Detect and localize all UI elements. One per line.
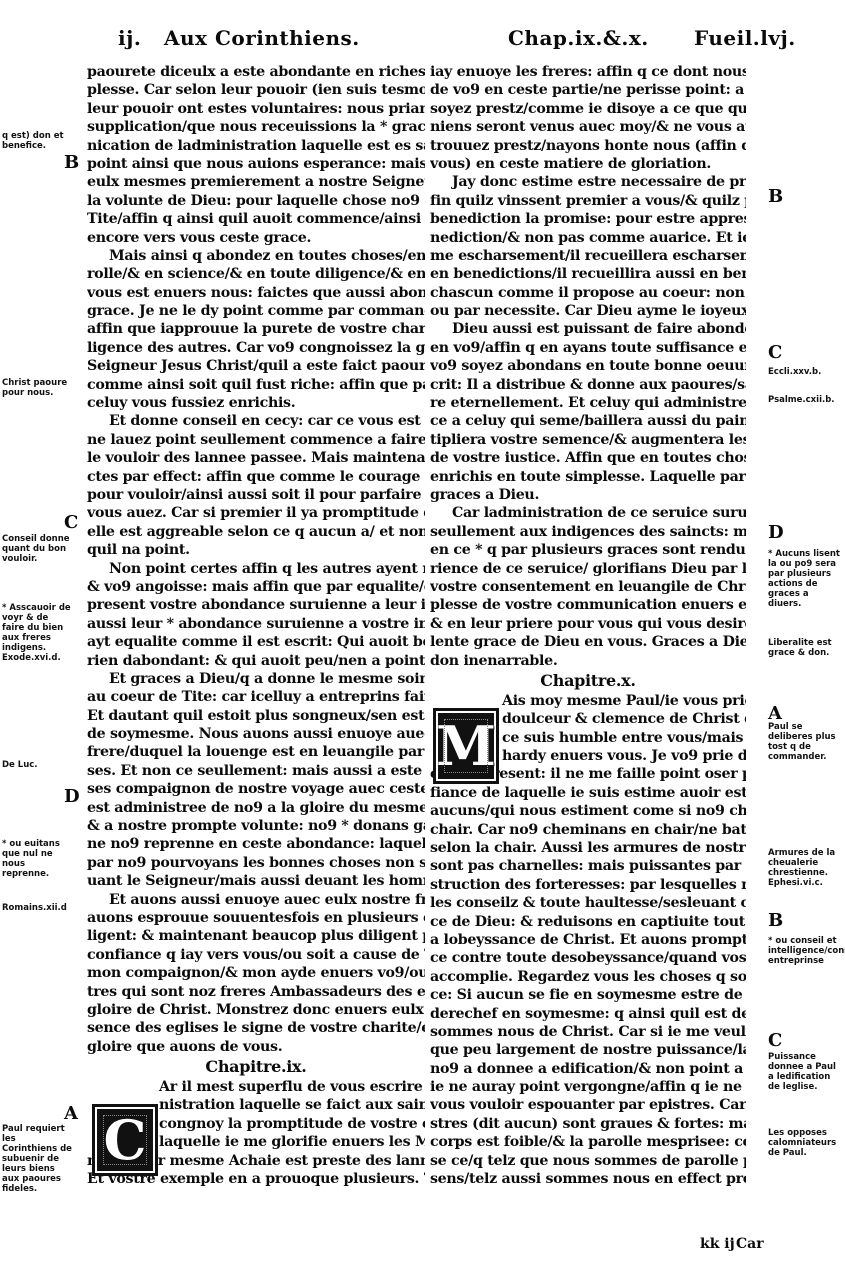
section-marker: A [64,1103,78,1124]
text-line: en vo9/affin q en ayans toute suffisance… [430,339,746,357]
margin-note: q est) don et benefice. [2,131,72,151]
margin-note: Romains.xii.d [2,903,72,913]
text-line: de soymesme. Nous auons aussi enuoye aue… [87,725,425,743]
text-line: au coeur de Tite: car icelluy a entrepri… [87,688,425,706]
text-line: me escharsement/il recueillera escharsem… [430,247,746,265]
section-marker: B [768,186,783,207]
text-line: frere/duquel la louenge est en leuangile… [87,743,425,761]
text-line: vostre consentement en leuangile de Chri… [430,578,746,596]
text-line: Tite/affin q ainsi quil auoit commence/a… [87,210,425,228]
signature-mark: ij. [118,26,141,50]
text-line: chascun comme il propose au coeur: non p… [430,284,746,302]
text-line: tres qui sont noz freres Ambassadeurs de… [87,983,425,1001]
running-head: ij. Aux Corinthiens. Chap.ix.&.x. Fueil.… [0,20,845,60]
text-line: aucuns/qui nous estiment come si no9 che… [430,802,746,820]
text-line: rien dabondant: & qui auoit peu/nen a po… [87,652,425,670]
chapter-heading: Chapitre.x. [430,670,746,692]
text-line: Seigneur Jesus Christ/quil a este faict … [87,357,425,375]
text-line: enrichis en toute simplesse. Laquelle pa… [430,468,746,486]
text-line: graces a Dieu. [430,486,746,504]
margin-note: * Aucuns lisent la ou po9 sera par plusi… [768,549,844,609]
text-line: supplication/que nous receuissions la * … [87,118,425,136]
initial-letter: M [436,714,496,778]
chapter-heading: Chapitre.ix. [87,1056,425,1078]
margin-note: Eccli.xxv.b. [768,367,844,377]
text-line: uant le Seigneur/mais aussi deuant les h… [87,872,425,890]
text-line: stres (dit aucun) sont graues & fortes: … [430,1115,746,1133]
text-line: elle est aggreable selon ce q aucun a/ e… [87,523,425,541]
text-line: quil na point. [87,541,425,559]
text-line: Non point certes affin q les autres ayen… [87,560,425,578]
section-marker: D [768,522,784,543]
text-line: se ce/q telz que nous sommes de parolle … [430,1152,746,1170]
initial-letter: C [104,1108,147,1172]
margin-note: De Luc. [2,760,72,770]
text-line: & a nostre prompte volunte: no9 * donans… [87,817,425,835]
text-line: en benedictions/il recueillira aussi en … [430,265,746,283]
section-marker: A [768,703,782,724]
section-marker: D [64,786,80,807]
text-line: ses compaignon de nostre voyage auec ces… [87,780,425,798]
text-line: de vostre iustice. Affin que en toutes c… [430,449,746,467]
text-line: ayt equalite comme il est escrit: Qui au… [87,633,425,651]
text-line: paourete diceulx a este abondante en ric… [87,63,425,81]
text-line: aussi leur * abondance suruienne a vostr… [87,615,425,633]
margin-note: Armures de la cheualerie chrestienne. Ep… [768,848,844,888]
text-line: nediction/& non pas comme auarice. Et ie… [430,229,746,247]
text-line: par no9 pourvoyans les bonnes choses non… [87,854,425,872]
text-line: niens seront venus auec moy/& ne vous au… [430,118,746,136]
text-line: benediction la promise: pour estre appre… [430,210,746,228]
decorated-initial-m-icon: M [433,708,499,784]
text-line: vous) en ceste matiere de gloriation. [430,155,746,173]
text-line: selon la chair. Aussi les armures de nos… [430,839,746,857]
text-line: ses. Et non ce seullement: mais aussi a … [87,762,425,780]
text-line: ce contre toute desobeyssance/quand vost… [430,949,746,967]
text-line: don inenarrable. [430,652,746,670]
text-line: eulx mesmes premierement a nostre Seigne… [87,173,425,191]
text-line: ne no9 reprenne en ceste abondance: laqu… [87,835,425,853]
margin-note: * ou euitans que nul ne nous reprenne. [2,839,72,879]
left-text-column: paourete diceulx a este abondante en ric… [87,63,425,1188]
margin-note: Paul requiert les Corinthiens de subueni… [2,1124,72,1194]
text-line: les conseilz & toute haultesse/sesleuant… [430,894,746,912]
text-line: iay enuoye les freres: affin q ce dont n… [430,63,746,81]
text-line: Mais ainsi q abondez en toutes choses/en… [87,247,425,265]
text-line: gloire de Christ. Monstrez donc enuers e… [87,1001,425,1019]
text-line: nication de ladministration laquelle est… [87,137,425,155]
text-line: sommes nous de Christ. Car si ie me veul… [430,1023,746,1041]
text-line: que peu largement de nostre puissance/la… [430,1041,746,1059]
text-line: encore vers vous ceste grace. [87,229,425,247]
text-line: no9 a donnee a edification/& non point a… [430,1060,746,1078]
text-line: ligent: & maintenant beaucop plus dilige… [87,927,425,945]
text-line: ligence des autres. Car vo9 congnoissez … [87,339,425,357]
margin-note: Christ paoure pour nous. [2,378,72,398]
text-line: comme ainsi soit quil fust riche: affin … [87,376,425,394]
margin-note: Liberalite est grace & don. [768,638,844,658]
text-line: grace. Je ne le dy point comme par comma… [87,302,425,320]
text-line: vo9 soyez abondans en toute bonne oeuure… [430,357,746,375]
text-line: & vo9 angoisse: mais affin que par equal… [87,578,425,596]
text-line: tipliera vostre semence/& augmentera les… [430,431,746,449]
text-line: & en leur priere pour vous qui vous desi… [430,615,746,633]
text-line: point ainsi que nous auions esperance: m… [87,155,425,173]
text-line: plesse. Car selon leur pouoir (ien suis … [87,81,425,99]
text-line: ctes par effect: affin que comme le cour… [87,468,425,486]
section-marker: B [768,910,783,931]
text-line: fiance de laquelle ie suis estime auoir … [430,784,746,802]
text-line: ne lauez point seullement commence a fai… [87,431,425,449]
text-line: a lobeyssance de Christ. Et auons prompt… [430,931,746,949]
text-line: chair. Car no9 cheminans en chair/ne bat… [430,821,746,839]
text-line: celuy vous fussiez enrichis. [87,394,425,412]
margin-note: Conseil donne quant du bon vouloir. [2,534,72,564]
text-line: plesse de vostre communication enuers eu… [430,596,746,614]
text-line: rolle/& en science/& en toute diligence/… [87,265,425,283]
catchword: Car [736,1236,764,1252]
text-line: est administree de no9 a la gloire du me… [87,799,425,817]
catchword-signature: kk ij [700,1236,735,1252]
text-line: auons esprouue souuentesfois en plusieur… [87,909,425,927]
text-line: ie ne auray point vergongne/affin q ie n… [430,1078,746,1096]
text-line: soyez prestz/comme ie disoye a ce que qu… [430,100,746,118]
text-line: sens/telz aussi sommes nous en effect pr… [430,1170,746,1188]
section-marker: C [64,512,78,533]
text-line: pour vouloir/ainsi aussi soit il pour pa… [87,486,425,504]
text-line: seullement aux indigences des saincts: m… [430,523,746,541]
book-title: Aux Corinthiens. [164,26,360,50]
text-line: vous est enuers nous: faictes que aussi … [87,284,425,302]
text-line: sence des eglises le signe de vostre cha… [87,1019,425,1037]
text-line: crit: Il a distribue & donne aux paoures… [430,376,746,394]
text-line: le vouloir des lannee passee. Mais maint… [87,449,425,467]
text-line: ce a celuy qui seme/baillera aussi du pa… [430,412,746,430]
margin-note: * Asscauoir de voyr & de faire du bien a… [2,603,72,663]
text-line: Et donne conseil en cecy: car ce vous es… [87,412,425,430]
text-line: fin quilz vinssent premier a vous/& quil… [430,192,746,210]
margin-note: Puissance donnee a Paul a ledification d… [768,1052,844,1092]
chapter-reference: Chap.ix.&.x. [508,26,649,50]
margin-note: * ou conseil et intelligence/conseil, en… [768,936,844,966]
margin-note: Psalme.cxii.b. [768,395,844,405]
scanned-page: ij. Aux Corinthiens. Chap.ix.&.x. Fueil.… [0,0,845,1271]
text-line: ce: Si aucun se fie en soymesme estre de… [430,986,746,1004]
text-line: accomplie. Regardez vous les choses q so… [430,968,746,986]
text-line: de vo9 en ceste partie/ne perisse point:… [430,81,746,99]
text-line: en ce * q par plusieurs graces sont rend… [430,541,746,559]
text-line: ce de Dieu: & reduisons en captiuite tou… [430,913,746,931]
text-line: Car ladministration de ce seruice suruie… [430,504,746,522]
text-line: vous vouloir espouanter par epistres. Ca… [430,1096,746,1114]
text-line: ou par necessite. Car Dieu ayme le ioyeu… [430,302,746,320]
text-line: sont pas charnelles: mais puissantes par… [430,857,746,875]
section-marker: C [768,1030,782,1051]
text-line: re eternellement. Et celuy qui administr… [430,394,746,412]
text-line: Et auons aussi enuoye auec eulx nostre f… [87,891,425,909]
decorated-initial-c-icon: C [92,1104,158,1176]
text-line: la volunte de Dieu: pour laquelle chose … [87,192,425,210]
text-line: affin que iapprouue la purete de vostre … [87,320,425,338]
text-line: Ar il mest superflu de vous escrire de l… [87,1078,425,1096]
right-text-column: iay enuoye les freres: affin q ce dont n… [430,63,746,1188]
text-line: trouuez prestz/nayons honte nous (affin … [430,137,746,155]
margin-note: Les opposes calomniateurs de Paul. [768,1128,844,1158]
text-line: mon compaignon/& mon ayde enuers vo9/ou … [87,964,425,982]
text-line: leur pouoir ont estes voluntaires: nous … [87,100,425,118]
text-line: Jay donc estime estre necessaire de prie… [430,173,746,191]
text-line: Et dautant quil estoit plus songneux/sen… [87,707,425,725]
section-marker: C [768,342,782,363]
text-line: struction des forteresses: par lesquelle… [430,876,746,894]
text-line: lente grace de Dieu en vous. Graces a Di… [430,633,746,651]
margin-note: Paul se deliberes plus tost q de command… [768,722,844,762]
text-line: corps est foible/& la parolle mesprisee:… [430,1133,746,1151]
text-line: rience de ce seruice/ glorifians Dieu pa… [430,560,746,578]
text-line: gloire que auons de vous. [87,1038,425,1056]
text-line: confiance q iay vers vous/ou soit a caus… [87,946,425,964]
text-line: vous auez. Car si premier il ya promptit… [87,504,425,522]
text-line: derechef en soymesme: q ainsi quil est d… [430,1005,746,1023]
text-line: Et graces a Dieu/q a donne le mesme soin… [87,670,425,688]
text-line: present vostre abondance suruienne a leu… [87,596,425,614]
folio-number: Fueil.lvj. [694,26,796,50]
section-marker: B [64,152,79,173]
text-line: Dieu aussi est puissant de faire abonder… [430,320,746,338]
